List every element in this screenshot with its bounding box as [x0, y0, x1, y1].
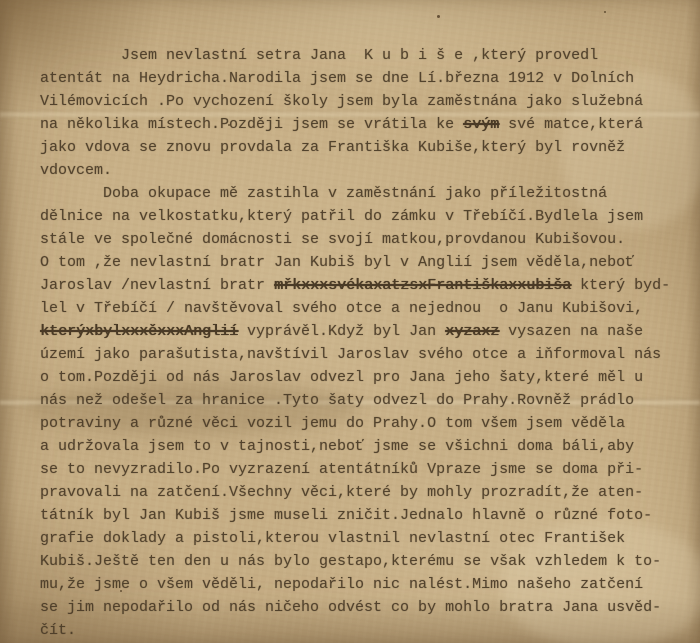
struck-text: svým [463, 116, 499, 133]
ink-speck [437, 15, 440, 18]
text-segment: na několika místech.Později jsem se vrát… [40, 116, 463, 133]
text-line: Doba okupace mě zastihla v zaměstnání ja… [40, 182, 670, 205]
text-line: O tom ,že nevlastní bratr Jan Kubiš byl … [40, 251, 670, 274]
text-segment: O tom ,že nevlastní bratr Jan Kubiš byl … [40, 254, 634, 271]
text-line: nás než odešel za hranice .Tyto šaty odv… [40, 389, 670, 412]
text-segment: stále ve společné domácnosti se svojí ma… [40, 231, 625, 248]
text-line: čít. [40, 619, 670, 642]
text-segment: vdovcem. [40, 162, 112, 179]
text-segment: potraviny a různé věci vozil jemu do Pra… [40, 415, 625, 432]
text-line: Kubiš.Ještě ten den u nás bylo gestapo,k… [40, 550, 670, 573]
typewritten-text: Jsem nevlastní setra Jana K u b i š e ,k… [40, 44, 670, 642]
text-segment: nás než odešel za hranice .Tyto šaty odv… [40, 392, 634, 409]
struck-text: kterýxbylxxxěxxxAnglií [40, 323, 238, 340]
text-segment: čít. [40, 622, 76, 639]
text-line: tátník byl Jan Kubiš jsme museli zničit.… [40, 504, 670, 527]
text-segment: se to nevyzradilo.Po vyzrazení atentátní… [40, 461, 643, 478]
text-line: se jim nepodařilo od nás ničeho odvést c… [40, 596, 670, 619]
text-line: Vilémovicích .Po vychození školy jsem by… [40, 90, 670, 113]
text-segment: Jaroslav /nevlastní bratr [40, 277, 274, 294]
text-line: o tom.Později od nás Jaroslav odvezl pro… [40, 366, 670, 389]
text-line: se to nevyzradilo.Po vyzrazení atentátní… [40, 458, 670, 481]
text-line: kterýxbylxxxěxxxAnglií vyprávěl.Když byl… [40, 320, 670, 343]
text-line: potraviny a různé věci vozil jemu do Pra… [40, 412, 670, 435]
paper-edge-shadow-left [0, 0, 18, 643]
text-segment: Doba okupace mě zastihla v zaměstnání ja… [40, 185, 607, 202]
text-segment: vyprávěl.Když byl Jan [238, 323, 445, 340]
text-segment: lel v Třebíčí / navštěvoval svého otce a… [40, 300, 643, 317]
text-segment: o tom.Později od nás Jaroslav odvezl pro… [40, 369, 643, 386]
text-segment: grafie doklady a pistoli,kterou vlastnil… [40, 530, 625, 547]
text-line: vdovcem. [40, 159, 670, 182]
text-segment: tátník byl Jan Kubiš jsme museli zničit.… [40, 507, 652, 524]
text-line: stále ve společné domácnosti se svojí ma… [40, 228, 670, 251]
text-line: a udržovala jsem to v tajnosti,neboť jsm… [40, 435, 670, 458]
text-segment: se jim nepodařilo od nás ničeho odvést c… [40, 599, 661, 616]
text-segment: své matce,která [499, 116, 643, 133]
text-line: území jako parašutista,navštívil Jarosla… [40, 343, 670, 366]
text-segment: mu,že jsme o všem věděli, nepodařilo nic… [40, 576, 643, 593]
text-segment: Vilémovicích .Po vychození školy jsem by… [40, 93, 643, 110]
text-line: pravovali na zatčení.Všechny věci,které … [40, 481, 670, 504]
struck-text: xyzaxz [445, 323, 499, 340]
text-segment: atentát na Heydricha.Narodila jsem se dn… [40, 70, 634, 87]
document-page: Jsem nevlastní setra Jana K u b i š e ,k… [0, 0, 700, 643]
text-segment: pravovali na zatčení.Všechny věci,které … [40, 484, 643, 501]
text-segment: jako vdova se znovu provdala za Františk… [40, 139, 625, 156]
text-line: grafie doklady a pistoli,kterou vlastnil… [40, 527, 670, 550]
text-segment: dělnice na velkostatku,který patřil do z… [40, 208, 643, 225]
text-segment: Kubiš.Ještě ten den u nás bylo gestapo,k… [40, 553, 661, 570]
ink-speck [604, 11, 606, 13]
text-segment: území jako parašutista,navštívil Jarosla… [40, 346, 661, 363]
text-line: mu,že jsme o všem věděli, nepodařilo nic… [40, 573, 670, 596]
struck-text: mřkxxxsvékaxatzsxFrantiškaxxubiša [274, 277, 571, 294]
text-segment: vysazen na naše [499, 323, 643, 340]
text-line: dělnice na velkostatku,který patřil do z… [40, 205, 670, 228]
text-line: lel v Třebíčí / navštěvoval svého otce a… [40, 297, 670, 320]
text-line: Jaroslav /nevlastní bratr mřkxxxsvékaxat… [40, 274, 670, 297]
text-segment: a udržovala jsem to v tajnosti,neboť jsm… [40, 438, 634, 455]
text-line: jako vdova se znovu provdala za Františk… [40, 136, 670, 159]
text-segment: Jsem nevlastní setra Jana K u b i š e ,k… [40, 47, 598, 64]
text-segment: který byd- [571, 277, 670, 294]
text-line: Jsem nevlastní setra Jana K u b i š e ,k… [40, 44, 670, 67]
text-line: na několika místech.Později jsem se vrát… [40, 113, 670, 136]
text-line: atentát na Heydricha.Narodila jsem se dn… [40, 67, 670, 90]
